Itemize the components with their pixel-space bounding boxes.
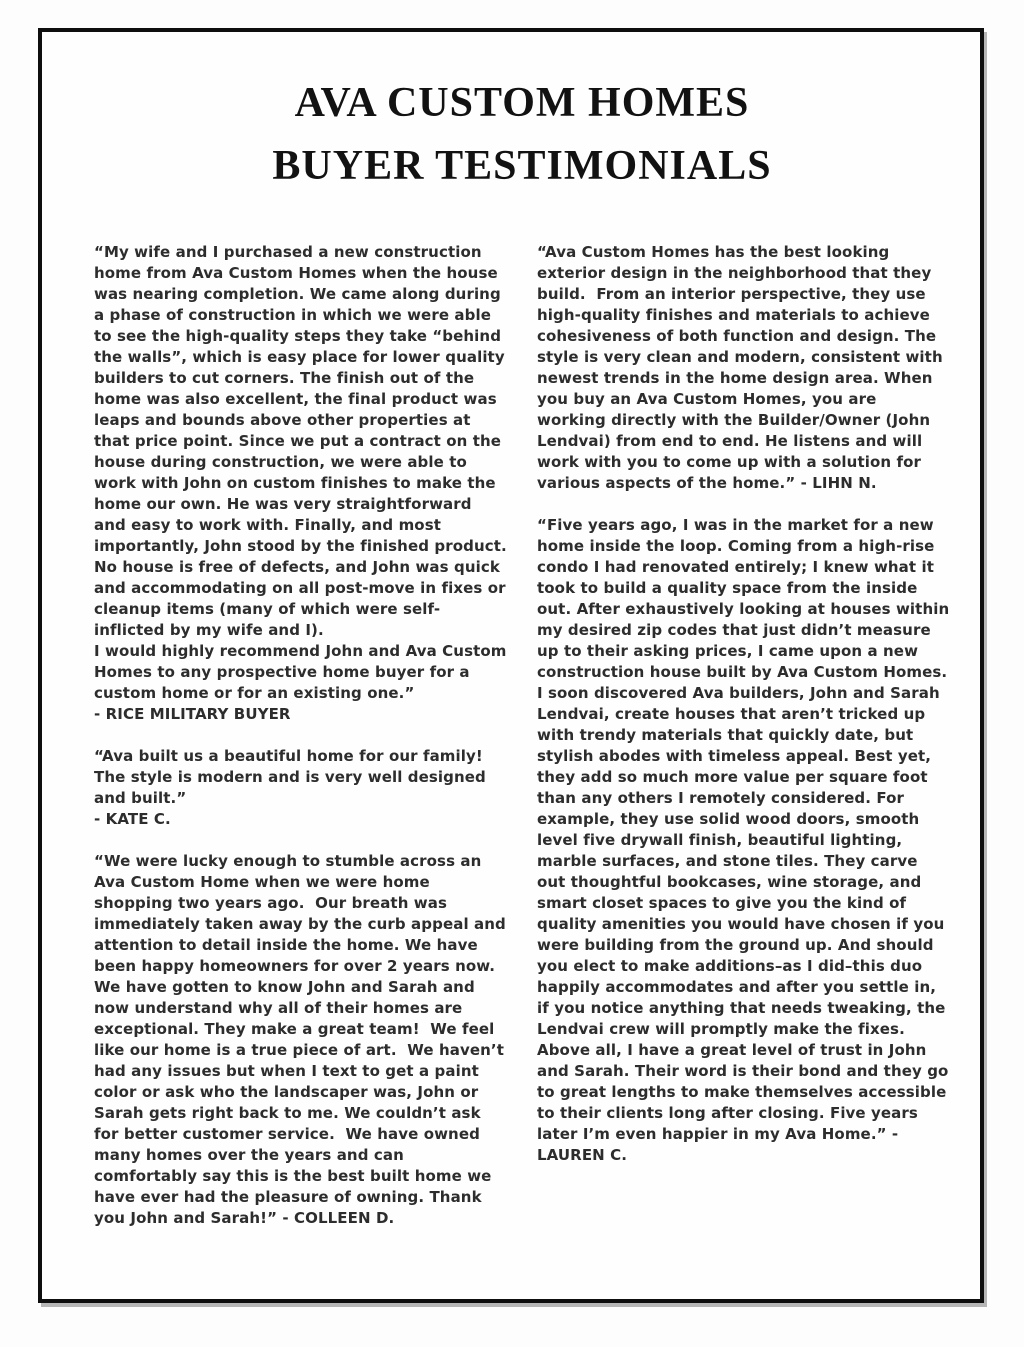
page-border-frame: AVA CUSTOM HOMES BUYER TESTIMONIALS “My …	[38, 28, 984, 1303]
testimonial-columns: “My wife and I purchased a new construct…	[94, 242, 950, 1250]
page-title: AVA CUSTOM HOMES BUYER TESTIMONIALS	[94, 72, 950, 198]
testimonial-lauren-c: “Five years ago, I was in the market for…	[537, 515, 950, 1166]
testimonial-colleen-d: “We were lucky enough to stumble across …	[94, 851, 507, 1229]
page-content: AVA CUSTOM HOMES BUYER TESTIMONIALS “My …	[42, 32, 980, 1299]
page-title-line2: BUYER TESTIMONIALS	[94, 135, 950, 198]
testimonial-kate-c: “Ava built us a beautiful home for our f…	[94, 746, 507, 830]
testimonial-rice-military-buyer: “My wife and I purchased a new construct…	[94, 242, 507, 725]
testimonial-lihn-n: “Ava Custom Homes has the best looking e…	[537, 242, 950, 494]
testimonials-page: AVA CUSTOM HOMES BUYER TESTIMONIALS “My …	[0, 0, 1024, 1347]
left-column: “My wife and I purchased a new construct…	[94, 242, 507, 1250]
page-title-line1: AVA CUSTOM HOMES	[94, 72, 950, 135]
right-column: “Ava Custom Homes has the best looking e…	[537, 242, 950, 1250]
